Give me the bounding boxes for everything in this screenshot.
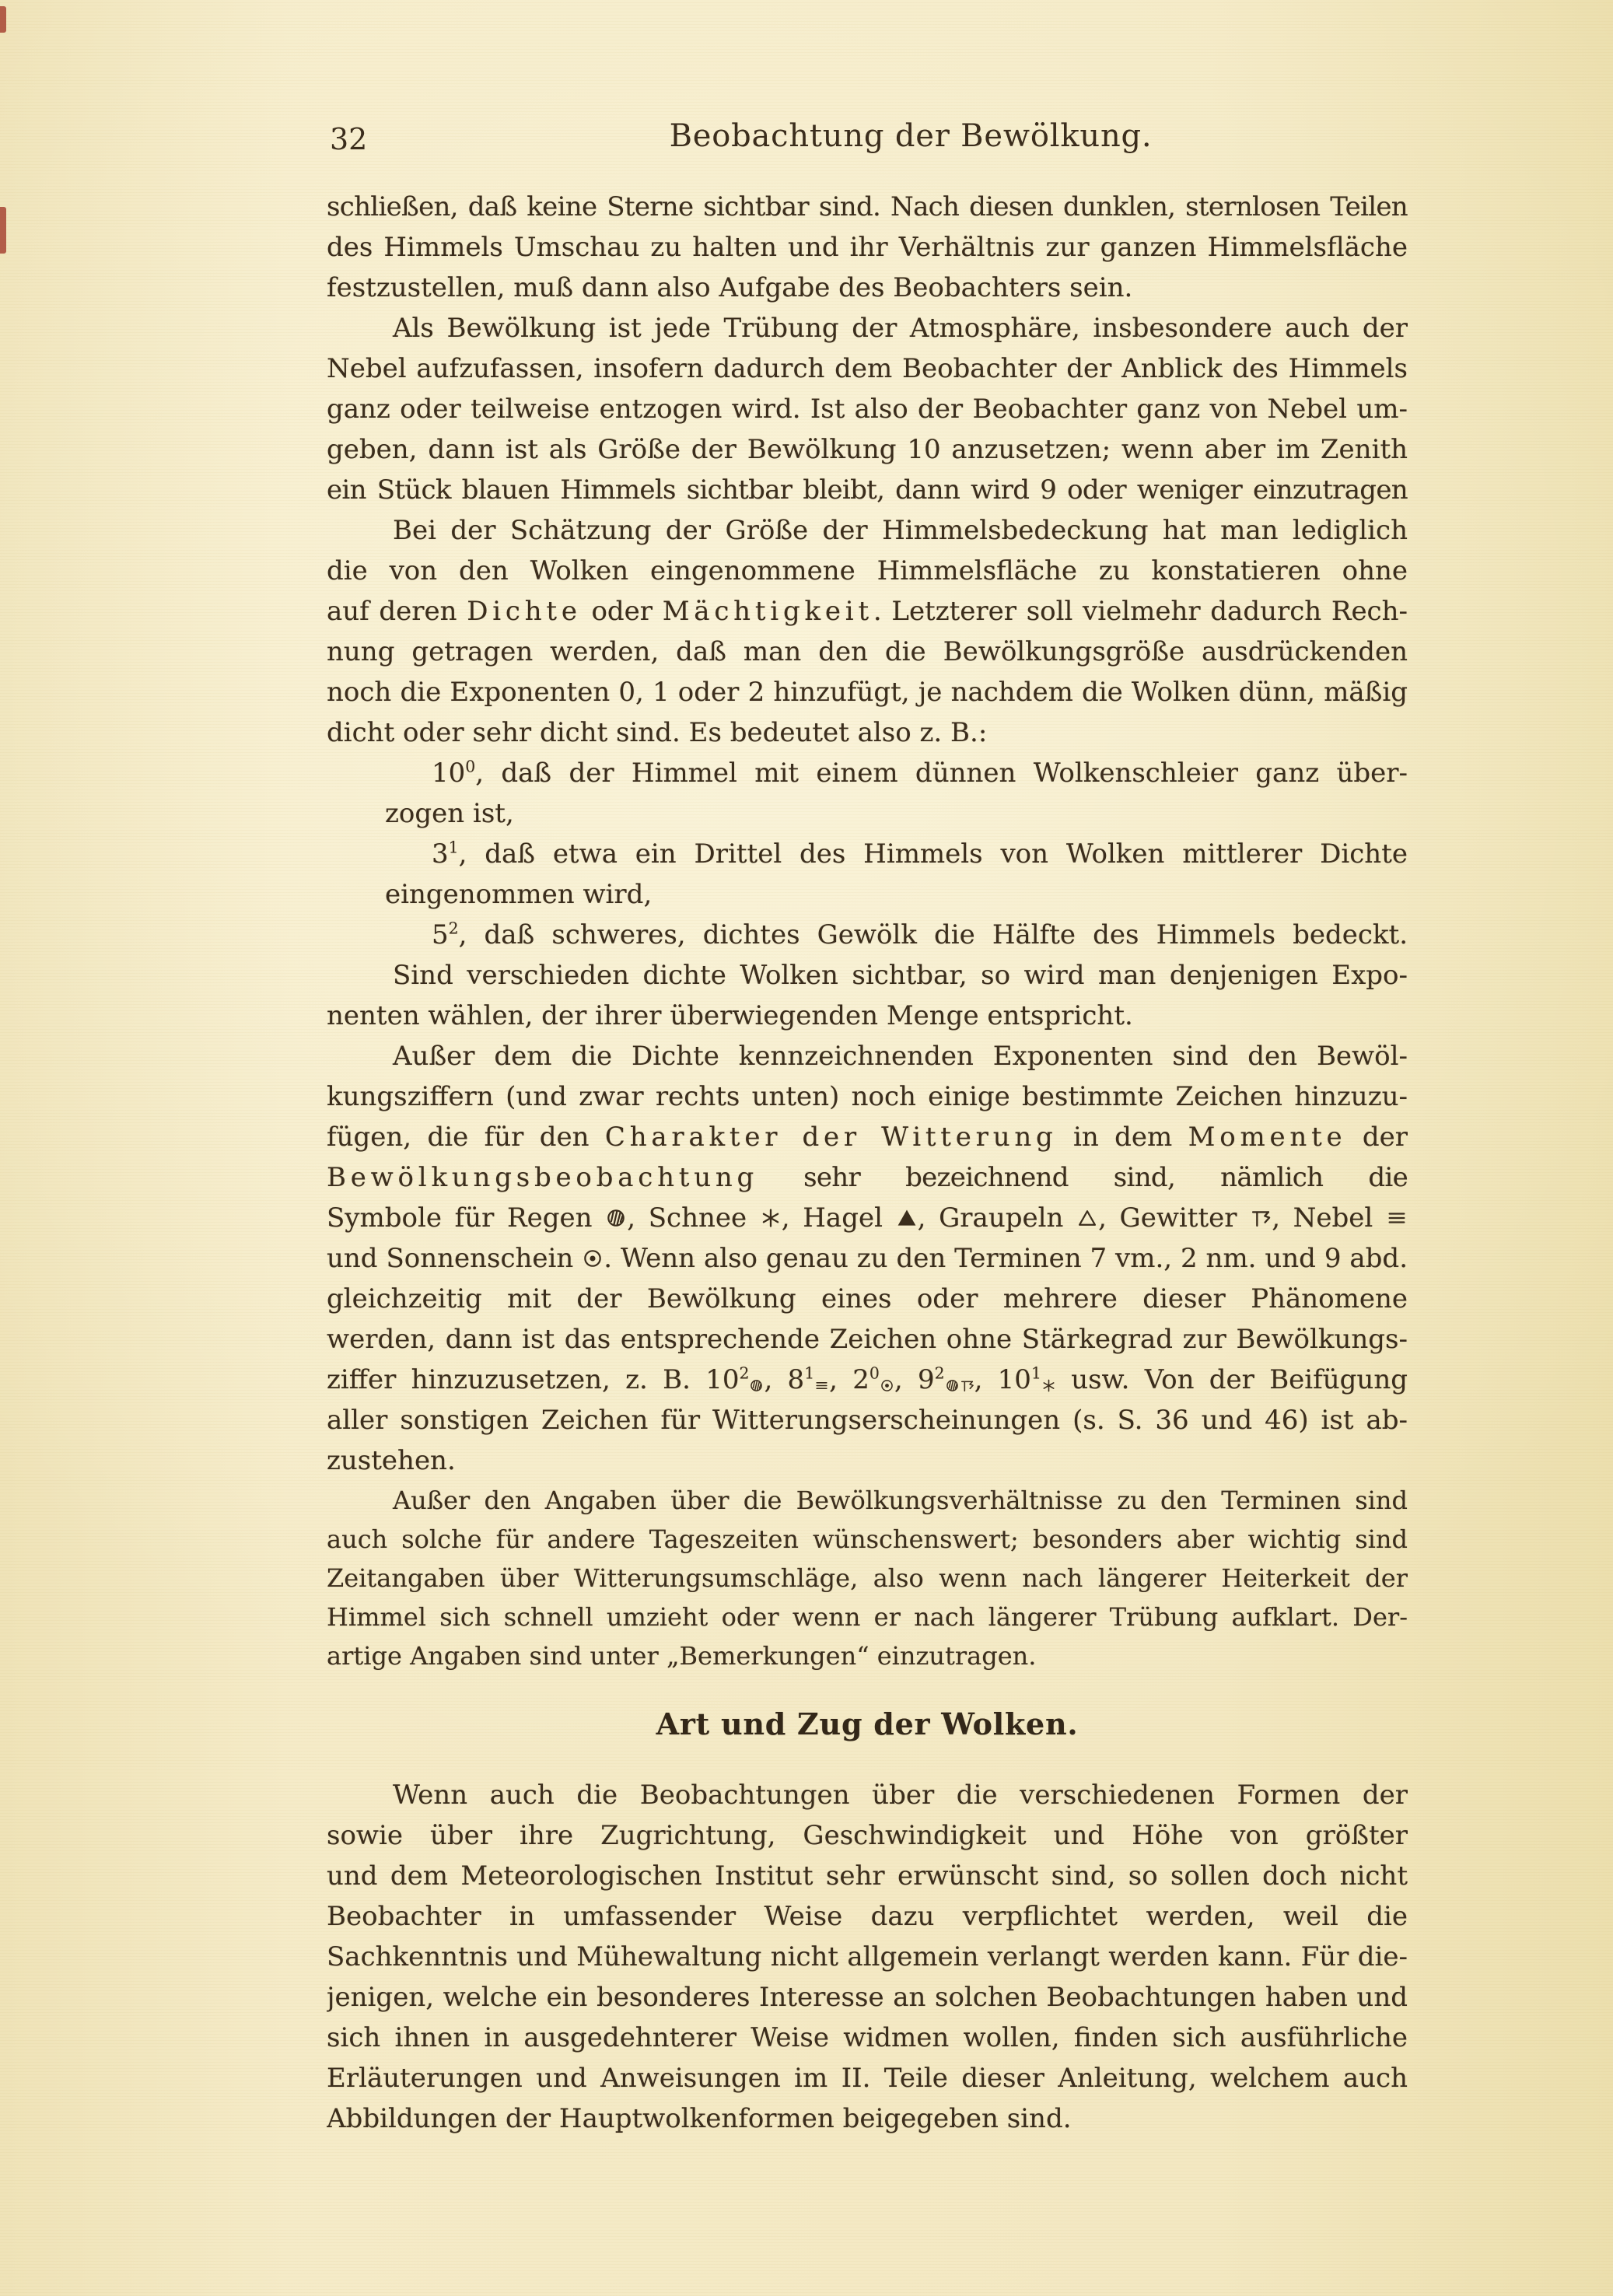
letterspaced-text: Charakter der Witterung (605, 1122, 1058, 1153)
text-run: nung getragen werden, daß man den die Be… (327, 636, 1408, 672)
text-run: geben, dann ist als Größe der Bewölkung … (327, 434, 1408, 465)
text-run: , 8 (764, 1364, 804, 1395)
text-run: sich ihnen in ausgedehnterer Weise widme… (327, 2022, 1408, 2053)
text-run: Nebel aufzufassen, insofern dadurch dem … (327, 353, 1408, 384)
text-run: festzustellen, muß dann also Aufgabe des… (327, 272, 1132, 303)
text-run: noch die Exponenten 0, 1 oder 2 hinzufüg… (327, 677, 1408, 708)
text-line: die von den Wolken eingenommene Himmelsf… (327, 551, 1408, 591)
text-run: ganz oder teilweise entzogen wird. Ist a… (327, 394, 1408, 425)
text-run: Zeitangaben über Witterungsumschläge, al… (327, 1563, 1408, 1593)
scan-edge-mark (0, 6, 6, 33)
section-heading-art-und-zug: Art und Zug der Wolken. (327, 1703, 1408, 1745)
text-run: 5 (432, 919, 449, 950)
para-bemerkungen-note: Außer den Angaben über die Bewölkungsver… (327, 1481, 1408, 1675)
sunshine-circled-dot-icon (582, 1243, 604, 1274)
text-run: Beobachter in umfassender Weise dazu ver… (327, 1901, 1408, 1937)
text-line: jenigen, welche ein besonderes Interesse… (327, 1977, 1408, 2018)
exponent-superscript: 2 (739, 1364, 749, 1383)
text-line: Sind verschieden dichte Wolken sichtbar,… (327, 955, 1408, 996)
para-bewoelkung-definition: Als Bewölkung ist jede Trübung der Atmos… (327, 308, 1408, 510)
text-run: , 2 (829, 1364, 869, 1395)
letterspaced-text: Momente (1188, 1122, 1347, 1153)
text-run: usw. Von der Beifügung (1056, 1364, 1408, 1395)
text-line: und Sonnenschein . Wenn also genau zu de… (327, 1238, 1408, 1279)
list-exponent-examples: 100, daß der Himmel mit einem dünnen Wol… (327, 753, 1408, 955)
letterspaced-text: Mächtigkeit (663, 596, 873, 627)
text-line: Zeitangaben über Witterungsumschläge, al… (327, 1559, 1408, 1598)
text-run: , Schnee (627, 1202, 760, 1234)
page-number: 32 (330, 118, 367, 160)
text-run: schließen, daß keine Sterne sichtbar sin… (327, 191, 1408, 222)
letterspaced-text: Dichte (467, 596, 582, 627)
text-line: zogen ist, (327, 793, 1408, 834)
text-line: Wenn auch die Beobachtungen über die ver… (327, 1775, 1408, 1815)
text-run: , 10 (974, 1364, 1031, 1395)
text-run: ziffer hinzuzusetzen, z. B. 10 (327, 1364, 739, 1395)
text-line: ein Stück blauen Himmels sichtbar bleibt… (327, 470, 1408, 510)
text-run: , Hagel (782, 1202, 896, 1234)
text-run: und Sonnenschein (327, 1243, 582, 1274)
graupel-open-triangle-icon (1076, 1202, 1098, 1234)
text-line: des Himmels Umschau zu halten und ihr Ve… (327, 227, 1408, 268)
text-line: festzustellen, muß dann also Aufgabe des… (327, 268, 1408, 308)
thunderstorm-icon (960, 1364, 974, 1395)
text-line: 31, daß etwa ein Drittel des Himmels von… (327, 834, 1408, 874)
text-run: ein Stück blauen Himmels sichtbar bleibt… (327, 474, 1408, 510)
text-line: Als Bewölkung ist jede Trübung der Atmos… (327, 308, 1408, 348)
text-run: eingenommen wird, (385, 879, 652, 910)
text-run: gleichzeitig mit der Bewölkung eines ode… (327, 1283, 1408, 1319)
text-run: zustehen. (327, 1445, 456, 1476)
snow-star-icon (1041, 1364, 1056, 1395)
text-run: Sind verschieden dichte Wolken sichtbar,… (393, 960, 1408, 991)
para-exponent-choice: Sind verschieden dichte Wolken sichtbar,… (327, 955, 1408, 1036)
page-header: 32 Beobachtung der Bewölkung. (327, 115, 1408, 157)
exponent-superscript: 1 (804, 1364, 814, 1383)
page-body: schließen, daß keine Sterne sichtbar sin… (327, 187, 1408, 2139)
text-run: der (1346, 1122, 1408, 1153)
text-run: . Wenn also genau zu den Terminen 7 vm.,… (604, 1243, 1408, 1274)
text-run: auch solche für andere Tageszeiten wünsc… (327, 1524, 1408, 1554)
text-line: Abbildungen der Hauptwolkenformen beigeg… (327, 2098, 1408, 2139)
sunshine-circled-dot-icon (880, 1364, 894, 1395)
text-run: und dem Meteorologischen Institut sehr e… (327, 1860, 1408, 1896)
text-line: sich ihnen in ausgedehnterer Weise widme… (327, 2018, 1408, 2058)
text-run: , daß etwa ein Drittel des Himmels von W… (459, 838, 1408, 870)
text-line: Himmel sich schnell umzieht oder wenn er… (327, 1598, 1408, 1636)
letterspaced-text: Bewölkungsbeobachtung (327, 1162, 758, 1193)
text-line: 100, daß der Himmel mit einem dünnen Wol… (327, 753, 1408, 793)
scan-edge-mark (0, 207, 6, 254)
text-line: nung getragen werden, daß man den die Be… (327, 632, 1408, 672)
text-line: gleichzeitig mit der Bewölkung eines ode… (327, 1279, 1408, 1319)
para-schaetzung-der-groesse: Bei der Schätzung der Größe der Himmelsb… (327, 510, 1408, 753)
text-run: dicht oder sehr dicht sind. Es bedeutet … (327, 717, 987, 748)
text-run: sowie über ihre Zugrichtung, Geschwindig… (327, 1820, 1408, 1856)
exponent-superscript: 1 (1031, 1364, 1041, 1383)
text-line: nenten wählen, der ihrer überwiegenden M… (327, 996, 1408, 1036)
rain-hatched-circle-icon (945, 1364, 960, 1395)
text-run: jenigen, welche ein besonderes Interesse… (327, 1982, 1408, 2013)
text-run: . Letzterer soll vielmehr dadurch Rech- (873, 596, 1408, 627)
text-run: , daß der Himmel mit einem dünnen Wolken… (475, 758, 1408, 789)
text-run: Abbildungen der Hauptwolkenformen beigeg… (327, 2103, 1072, 2134)
para-witterungszeichen: Außer dem die Dichte kennzeichnenden Exp… (327, 1036, 1408, 1481)
text-run: Sachkenntnis und Mühewaltung nicht allge… (327, 1941, 1408, 1972)
text-run: 3 (432, 838, 449, 870)
exponent-superscript: 2 (935, 1364, 945, 1383)
rain-hatched-circle-icon (749, 1364, 764, 1395)
text-run: in dem (1058, 1122, 1188, 1153)
text-run: Erläuterungen und Anweisungen im II. Tei… (327, 2063, 1408, 2094)
text-line: artige Angaben sind unter „Bemerkungen“ … (327, 1636, 1408, 1675)
fog-triple-bar-icon (1386, 1202, 1408, 1234)
text-run: Symbole für Regen (327, 1202, 605, 1234)
text-line: werden, dann ist das entsprechende Zeich… (327, 1319, 1408, 1360)
text-line: Außer den Angaben über die Bewölkungsver… (327, 1481, 1408, 1520)
hail-filled-triangle-icon (896, 1202, 918, 1234)
thunderstorm-icon (1250, 1202, 1272, 1234)
text-line: Sachkenntnis und Mühewaltung nicht allge… (327, 1937, 1408, 1977)
text-line: Bei der Schätzung der Größe der Himmelsb… (327, 510, 1408, 551)
text-line: 52, daß schweres, dichtes Gewölk die Häl… (327, 915, 1408, 955)
text-line: sowie über ihre Zugrichtung, Geschwindig… (327, 1815, 1408, 1856)
exponent-superscript: 1 (449, 838, 459, 857)
text-line: Nebel aufzufassen, insofern dadurch dem … (327, 348, 1408, 389)
text-run: auf deren (327, 596, 467, 627)
text-run: , Nebel (1272, 1202, 1386, 1234)
exponent-superscript: 0 (869, 1364, 880, 1383)
text-line: schließen, daß keine Sterne sichtbar sin… (327, 187, 1408, 227)
text-run: 10 (432, 758, 465, 789)
text-run: Himmel sich schnell umzieht oder wenn er… (327, 1602, 1408, 1632)
scanned-book-page: 32 Beobachtung der Bewölkung. schließen,… (0, 0, 1613, 2296)
text-run: Wenn auch die Beobachtungen über die ver… (393, 1780, 1408, 1815)
text-run: , Graupeln (918, 1202, 1076, 1234)
text-run: Außer dem die Dichte kennzeichnenden Exp… (393, 1041, 1408, 1072)
text-run: , Gewitter (1098, 1202, 1250, 1234)
text-line: eingenommen wird, (327, 874, 1408, 915)
text-run: des Himmels Umschau zu halten und ihr Ve… (327, 232, 1408, 263)
exponent-superscript: 0 (465, 758, 475, 776)
text-line: fügen, die für den Charakter der Witteru… (327, 1117, 1408, 1157)
text-line: geben, dann ist als Größe der Bewölkung … (327, 429, 1408, 470)
rain-hatched-circle-icon (605, 1202, 627, 1234)
text-line: auch solche für andere Tageszeiten wünsc… (327, 1520, 1408, 1559)
para-opening-continuation: schließen, daß keine Sterne sichtbar sin… (327, 187, 1408, 308)
text-run: fügen, die für den (327, 1122, 605, 1153)
text-run: kungsziffern (und zwar rechts unten) noc… (327, 1081, 1408, 1112)
text-line: kungsziffern (und zwar rechts unten) noc… (327, 1076, 1408, 1117)
snow-star-icon (760, 1202, 782, 1234)
text-run: Bei der Schätzung der Größe der Himmelsb… (393, 515, 1408, 546)
text-line: ganz oder teilweise entzogen wird. Ist a… (327, 389, 1408, 429)
text-line: zustehen. (327, 1440, 1408, 1481)
text-run: oder (582, 596, 663, 627)
text-line: und dem Meteorologischen Institut sehr e… (327, 1856, 1408, 1896)
text-line: Bewölkungsbeobachtung sehr bezeichnend s… (327, 1157, 1408, 1198)
text-run: , daß schweres, dichtes Gewölk die Hälft… (459, 919, 1408, 950)
text-run: werden, dann ist das entsprechende Zeich… (327, 1324, 1408, 1355)
exponent-superscript: 2 (449, 919, 459, 938)
text-run: , 9 (894, 1364, 935, 1395)
text-run: zogen ist, (385, 798, 514, 829)
text-run: Als Bewölkung ist jede Trübung der Atmos… (393, 313, 1408, 344)
text-run: nenten wählen, der ihrer überwiegenden M… (327, 1000, 1133, 1031)
text-line: noch die Exponenten 0, 1 oder 2 hinzufüg… (327, 672, 1408, 712)
text-line: Außer dem die Dichte kennzeichnenden Exp… (327, 1036, 1408, 1076)
text-line: aller sonstigen Zeichen für Witterungser… (327, 1400, 1408, 1440)
fog-triple-bar-icon (814, 1364, 829, 1395)
text-line: Symbole für Regen , Schnee , Hagel , Gra… (327, 1198, 1408, 1238)
text-line: ziffer hinzuzusetzen, z. B. 102, 81, 20,… (327, 1360, 1408, 1400)
text-run: die von den Wolken eingenommene Himmelsf… (327, 555, 1408, 591)
para-art-und-zug: Wenn auch die Beobachtungen über die ver… (327, 1775, 1408, 2139)
text-run: aller sonstigen Zeichen für Witterungser… (327, 1405, 1408, 1436)
text-run: artige Angaben sind unter „Bemerkungen“ … (327, 1641, 1036, 1671)
text-line: Beobachter in umfassender Weise dazu ver… (327, 1896, 1408, 1937)
running-title: Beobachtung der Bewölkung. (370, 115, 1451, 157)
text-line: auf deren Dichte oder Mächtigkeit. Letzt… (327, 591, 1408, 632)
text-line: Erläuterungen und Anweisungen im II. Tei… (327, 2058, 1408, 2098)
text-line: dicht oder sehr dicht sind. Es bedeutet … (327, 712, 1408, 753)
text-run: Außer den Angaben über die Bewölkungsver… (393, 1486, 1408, 1515)
